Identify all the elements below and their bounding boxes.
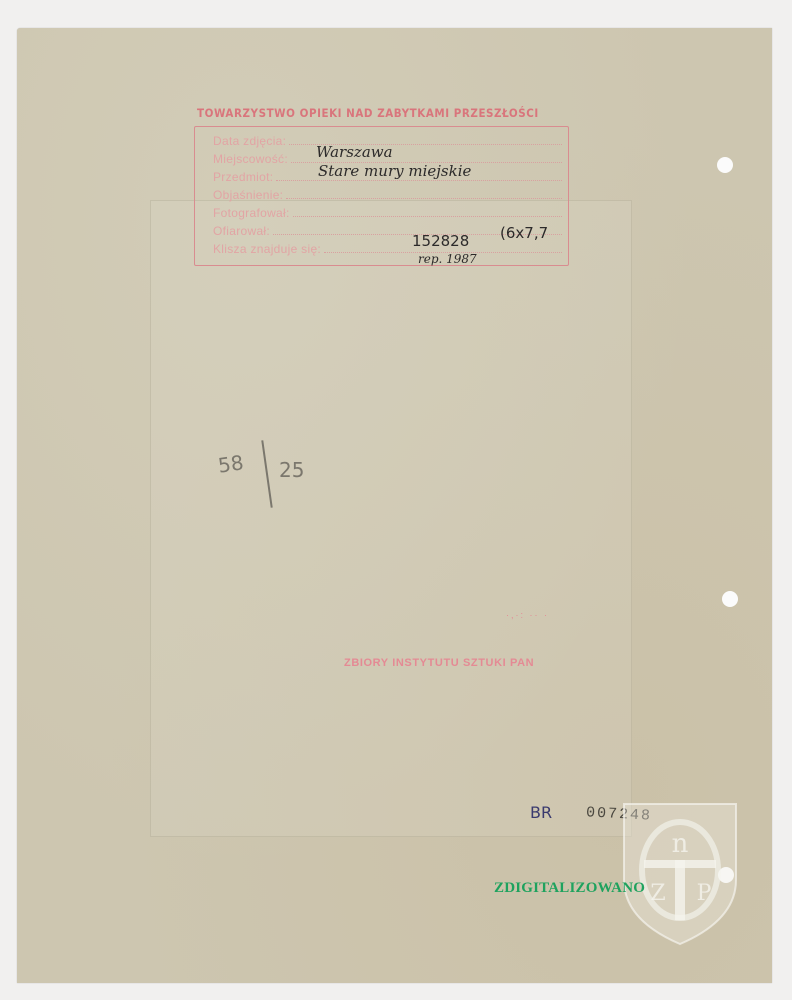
handwritten-negative-number: 152828 <box>412 232 469 250</box>
handwritten-place: Warszawa <box>316 143 393 161</box>
stamp-row-explanation: Objaśnienie: <box>213 185 562 202</box>
stamp-label: Data zdjęcia: <box>213 134 286 148</box>
digitized-stamp: ZDIGITALIZOWANO <box>494 880 645 897</box>
stamp-label: Przedmiot: <box>213 170 273 184</box>
punch-hole-top <box>717 157 733 173</box>
pencil-note-right: 25 <box>279 458 304 482</box>
watermark-logo-icon: n Z P <box>620 800 740 948</box>
stamp-row-photographer: Fotografował: <box>213 203 562 220</box>
inventory-prefix: BR <box>530 803 552 822</box>
svg-text:P: P <box>697 881 712 906</box>
svg-text:n: n <box>672 829 689 859</box>
stamp-label: Klisza znajduje się: <box>213 242 321 256</box>
punch-hole-middle <box>722 591 738 607</box>
stamp-label: Objaśnienie: <box>213 188 283 202</box>
stamp-line <box>293 215 562 217</box>
stamp-label: Miejscowość: <box>213 152 288 166</box>
stamp-line <box>286 197 562 199</box>
collection-stamp: ZBIORY INSTYTUTU SZTUKI PAN <box>344 657 534 669</box>
stamp-dots: ·,·: ·· · <box>506 610 549 620</box>
stamp-label: Ofiarował: <box>213 224 270 238</box>
stamp-label: Fotografował: <box>213 206 290 220</box>
handwritten-negative-size: (6x7,7 <box>500 224 548 242</box>
svg-text:Z: Z <box>650 881 665 906</box>
stamp-title: TOWARZYSTWO OPIEKI NAD ZABYTKAMI PRZESZŁ… <box>197 106 539 120</box>
mount-inner-panel <box>150 200 632 837</box>
pencil-note-left: 58 <box>216 450 245 477</box>
handwritten-rep-note: rep. 1987 <box>418 252 477 266</box>
handwritten-subject: Stare mury miejskie <box>318 162 471 180</box>
